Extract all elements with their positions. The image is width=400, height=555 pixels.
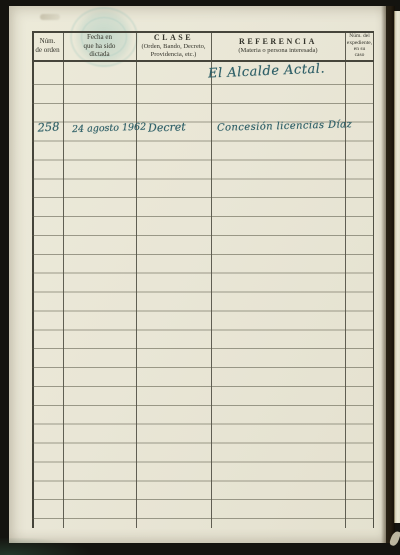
scanned-register-page: { "scan": { "background_color": "#14130f…: [0, 0, 400, 555]
header-line: dictada: [89, 50, 109, 59]
column-header-fecha: Fecha en que ha sido dictada: [63, 31, 136, 61]
header-title: REFERENCIA: [239, 37, 317, 47]
header-line: caso: [355, 52, 365, 58]
column-header-num-expediente: Núm. del expediente, en su caso: [345, 31, 374, 61]
header-line: de orden: [35, 46, 59, 55]
register-table: Núm. de orden Fecha en que ha sido dicta…: [32, 31, 374, 528]
scan-corner-tint: [0, 538, 90, 555]
header-line: (Orden, Bando, Decreto,: [141, 43, 205, 51]
pencil-smudge: [40, 14, 60, 20]
entry-fecha: 24 agosto 1962: [72, 122, 138, 135]
column-header-num-orden: Núm. de orden: [32, 31, 63, 61]
table-header-row: Núm. de orden Fecha en que ha sido dicta…: [32, 31, 374, 61]
column-header-clase: CLASE (Orden, Bando, Decreto, Providenci…: [136, 31, 211, 61]
header-line: Fecha en: [87, 33, 112, 42]
header-line: Núm.: [40, 37, 56, 46]
entry-clase: Decret: [148, 120, 186, 134]
handwritten-annotation: El Alcalde Actal.: [208, 61, 326, 81]
header-line: que ha sido: [84, 42, 116, 51]
header-line: Providencia, etc.): [151, 51, 197, 59]
ruled-row-lines: [32, 84, 374, 520]
entry-num-orden: 258: [35, 119, 63, 134]
header-title: CLASE: [154, 33, 193, 43]
next-page-edge: [394, 11, 400, 523]
header-line: (Materia o persona interesada): [238, 47, 317, 55]
column-header-referencia: REFERENCIA (Materia o persona interesada…: [211, 31, 345, 61]
page-edge-shadow: [381, 6, 395, 543]
